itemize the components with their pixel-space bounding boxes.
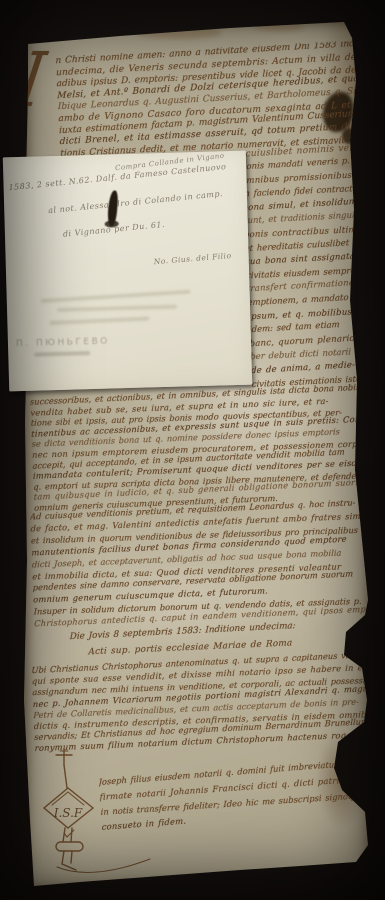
notary-monogram: I.S.F <box>53 806 83 820</box>
bleed-through-stamp-subline <box>34 351 90 357</box>
notarial-sign-icon: I.S.F <box>30 743 162 883</box>
bleed-through-stamp: П. ПЮНЬГЕВО <box>16 337 110 350</box>
second-paragraph: Ad cuiusque venditionis pretium, et requ… <box>30 499 370 632</box>
archival-note: Compra Collande in Vigano 1583, 2 sett. … <box>3 151 252 392</box>
right-column-text: tionis mandati veneris p.omnibus promiss… <box>240 155 378 395</box>
decorated-initial: I <box>5 36 62 166</box>
bleed-through-writing <box>57 305 177 312</box>
top-edge-stain <box>136 26 222 39</box>
note-line: al not. Alessandro di Colando in camp. <box>48 189 224 215</box>
bleed-through-writing <box>49 317 149 326</box>
closing-paragraph: Ubi Christianus Christophorus antenomina… <box>31 651 373 757</box>
bleed-through-writing <box>41 290 191 303</box>
note-signature: No. Gius. del Filio <box>153 251 231 266</box>
photo-background: I n Christi nomine amen: anno a nativita… <box>0 0 385 900</box>
top-edge-stain <box>254 22 304 32</box>
middle-paragraph: successoribus, et actionibus, et in omni… <box>30 383 370 514</box>
parchment-document: I n Christi nomine amen: anno a nativita… <box>24 20 372 892</box>
